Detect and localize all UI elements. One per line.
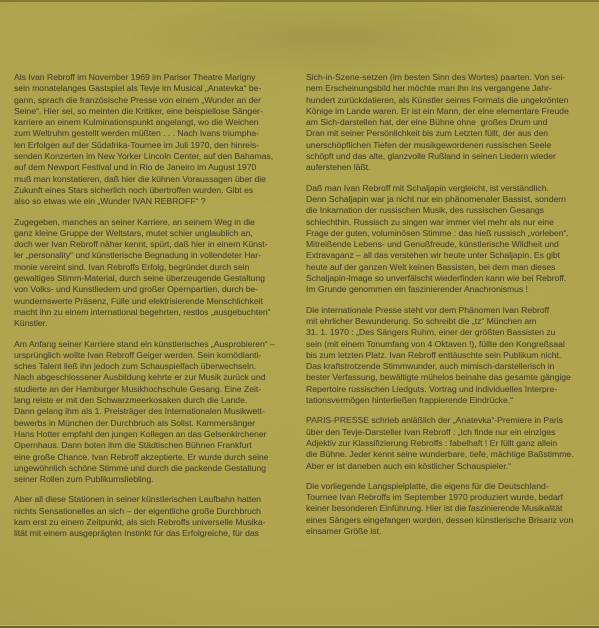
paragraph: Am Anfang seiner Karriere stand ein küns…: [14, 339, 300, 486]
liner-notes-page: Als Ivan Rebroff im November 1969 im Par…: [0, 0, 599, 628]
paragraph: Daß man Ivan Rebroff mit Schaljapin verg…: [306, 183, 596, 296]
paragraph: PARIS-PRESSE schrieb anläßlich der „Anat…: [306, 415, 596, 471]
paragraph: Aber all diese Stationen in seiner künst…: [14, 494, 300, 539]
paragraph: Zugegeben, manches an seiner Karriere, a…: [14, 217, 300, 330]
text-column-left: Als Ivan Rebroff im November 1969 im Par…: [14, 72, 300, 549]
text-column-right: Sich-in-Szene-setzen (im besten Sinn des…: [306, 72, 596, 546]
paragraph: Die internationale Presse steht vor dem …: [306, 305, 596, 407]
paragraph: Die vorliegende Langspielplatte, die eig…: [306, 481, 596, 537]
paragraph: Sich-in-Szene-setzen (im besten Sinn des…: [306, 72, 596, 174]
paragraph: Als Ivan Rebroff im November 1969 im Par…: [14, 72, 300, 208]
scan-top-edge: [0, 0, 599, 2]
